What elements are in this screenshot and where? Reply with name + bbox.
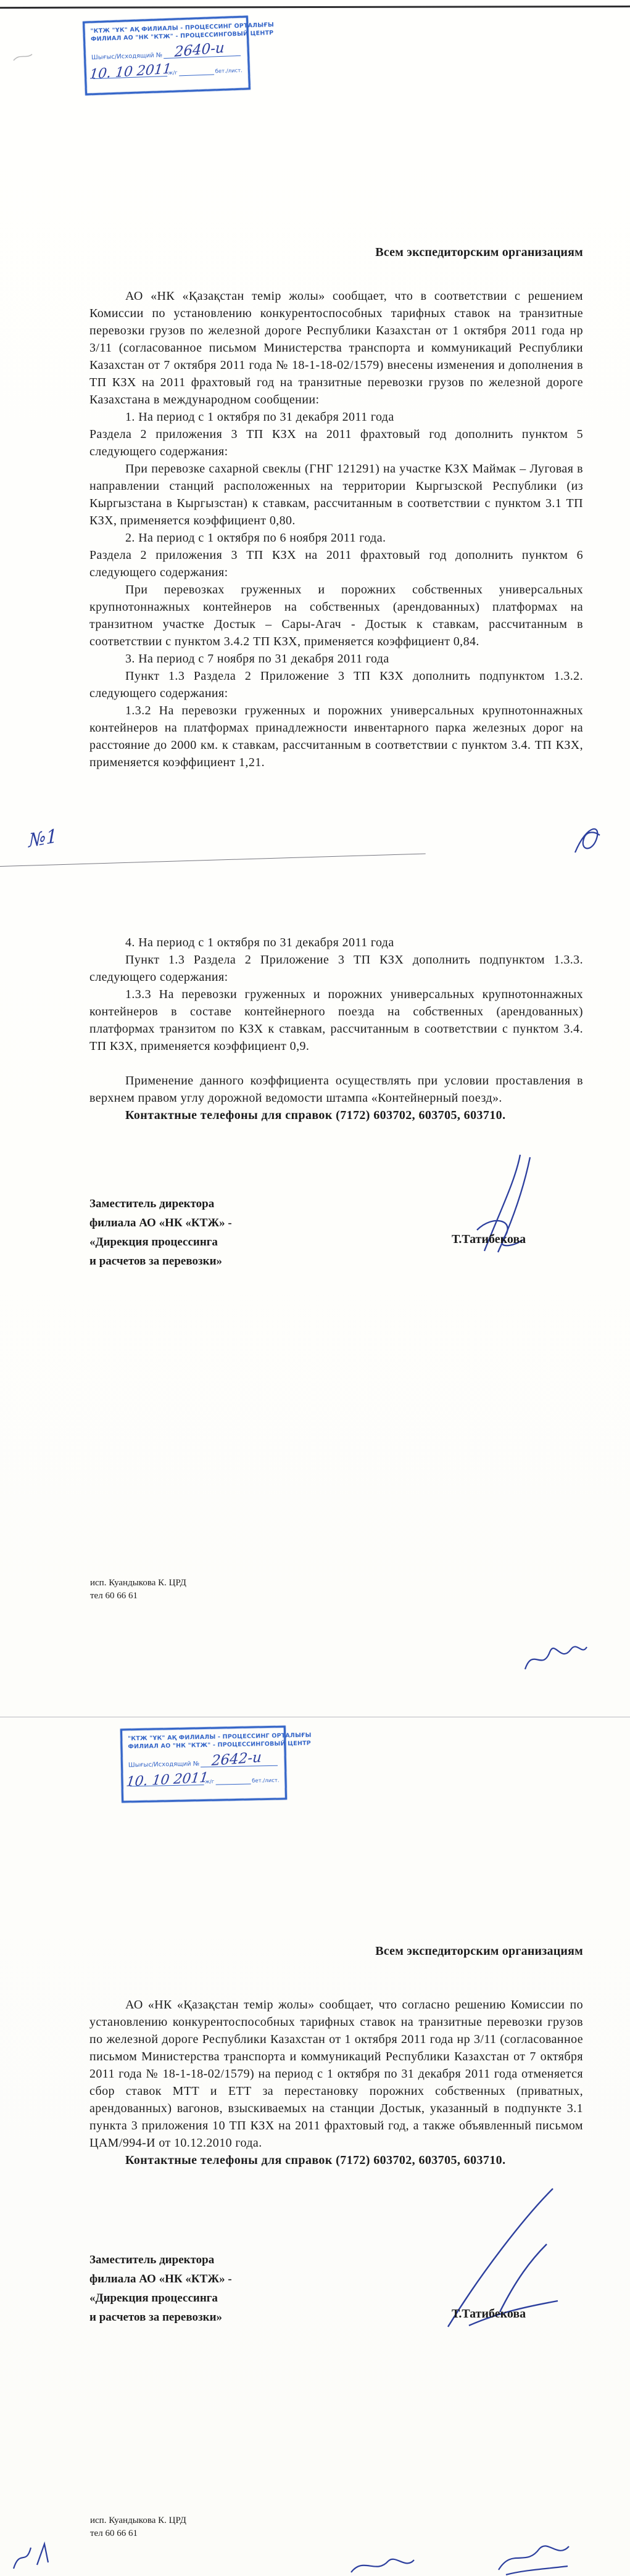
page-number-handwritten: №1	[28, 825, 57, 852]
body-paragraph: 1.3.3 На перевозки груженных и порожних …	[89, 986, 583, 1055]
executor-name: исп. Куандыкова К. ЦРД	[90, 1577, 186, 1590]
addressee-line: Всем экспедиторским организациям	[213, 1944, 583, 1959]
letter-body: АО «НК «Қазақстан темір жолы» сообщает, …	[89, 1996, 583, 2169]
stamp-date-line: 10. 10 2011	[93, 60, 167, 79]
registration-stamp: "КТЖ "ҰК" АҚ ФИЛИАЛЫ - ПРОЦЕССИНГ ОРТАЛЫ…	[83, 15, 251, 95]
body-paragraph: Пункт 1.3 Раздела 2 Приложение 3 ТП КЗХ …	[89, 667, 583, 702]
executor-phone: тел 60 66 61	[90, 1590, 186, 1603]
stamp-date-line: 10. 10 2011	[130, 1769, 204, 1786]
body-paragraph: При перевозках груженных и порожних собс…	[89, 581, 583, 650]
body-paragraph: Раздела 2 приложения 3 ТП КЗХ на 2011 фр…	[89, 426, 583, 460]
letter-body-part2: 4. На период с 1 октября по 31 декабря 2…	[89, 934, 583, 1124]
body-paragraph: АО «НК «Қазақстан темір жолы» сообщает, …	[89, 287, 583, 408]
executor-name: исп. Куандыкова К. ЦРД	[90, 2514, 186, 2527]
stamp-number-line: 2640-и	[164, 47, 241, 59]
executor-note: исп. Куандыкова К. ЦРД тел 60 66 61	[90, 2514, 186, 2540]
body-paragraph: 4. На период с 1 октября по 31 декабря 2…	[89, 934, 583, 951]
body-paragraph: Применение данного коэффициента осуществ…	[89, 1072, 583, 1107]
signatory-title-line: «Дирекция процессинга	[89, 1232, 349, 1252]
scan-page-edge-line	[0, 1717, 630, 1717]
signatory-title-line: и расчетов за перевозки»	[89, 1252, 349, 1271]
stamp-sheets-line	[215, 1777, 251, 1785]
signatory-name: Т.Татибекова	[452, 1232, 526, 1247]
body-paragraph: АО «НК «Қазақстан темір жолы» сообщает, …	[89, 1996, 583, 2152]
signature-title-block: Заместитель директора филиала АО «НК «КТ…	[89, 1194, 349, 1271]
signature-title-block: Заместитель директора филиала АО «НК «КТ…	[89, 2250, 349, 2327]
stamp-sheets-label: бет./лист.	[252, 1778, 279, 1785]
body-paragraph: 2. На период с 1 октября по 6 ноября 201…	[89, 529, 583, 547]
date-handwritten: 10. 10 2011	[89, 61, 172, 83]
body-paragraph: Пункт 1.3 Раздела 2 Приложение 3 ТП КЗХ …	[89, 951, 583, 986]
scanned-document-page: "КТЖ "ҰК" АҚ ФИЛИАЛЫ - ПРОЦЕССИНГ ОРТАЛЫ…	[0, 0, 630, 2576]
scan-fold-line	[0, 854, 426, 867]
contact-phones-line: Контактные телефоны для справок (7172) 6…	[89, 2152, 583, 2169]
scan-edge-line	[0, 6, 630, 9]
date-handwritten: 10. 10 2011	[125, 1770, 209, 1790]
outgoing-number-handwritten: 2640-и	[174, 39, 225, 60]
registration-stamp: "КТЖ "ҰК" АҚ ФИЛИАЛЫ - ПРОЦЕССИНГ ОРТАЛЫ…	[120, 1725, 287, 1802]
body-paragraph: 3. На период с 7 ноября по 31 декабря 20…	[89, 650, 583, 667]
outgoing-number-handwritten: 2642-и	[211, 1749, 262, 1769]
handwritten-mark	[494, 2540, 574, 2576]
executor-phone: тел 60 66 61	[90, 2527, 186, 2540]
handwritten-flourish	[521, 1638, 589, 1682]
stamp-outgoing-label: Шығыс/Исходящий №	[128, 1761, 199, 1769]
signatory-name: Т.Татибекова	[452, 2307, 526, 2321]
handwritten-mark	[7, 2537, 63, 2575]
body-paragraph: Раздела 2 приложения 3 ТП КЗХ на 2011 фр…	[89, 547, 583, 581]
signatory-title-line: филиала АО «НК «КТЖ» -	[89, 2269, 349, 2289]
body-paragraph: 1. На период с 1 октября по 31 декабря 2…	[89, 408, 583, 426]
signatory-title-line: «Дирекция процессинга	[89, 2289, 349, 2308]
addressee-line: Всем экспедиторским организациям	[213, 246, 583, 260]
signatory-title-line: Заместитель директора	[89, 1194, 349, 1213]
handwritten-paraph	[566, 818, 616, 862]
letter-body-part1: АО «НК «Қазақстан темір жолы» сообщает, …	[89, 287, 583, 771]
pencil-smudge	[11, 48, 36, 67]
stamp-sheets-label: бет./лист.	[215, 68, 243, 75]
signatory-title-line: и расчетов за перевозки»	[89, 2308, 349, 2327]
signatory-title-line: Заместитель директора	[89, 2250, 349, 2269]
executor-note: исп. Куандыкова К. ЦРД тел 60 66 61	[90, 1577, 186, 1603]
stamp-number-line: 2642-и	[201, 1757, 278, 1767]
stamp-sheets-line	[178, 67, 213, 76]
handwritten-mark	[349, 2555, 417, 2576]
body-paragraph: При перевозке сахарной свеклы (ГНГ 12129…	[89, 460, 583, 529]
signatory-title-line: филиала АО «НК «КТЖ» -	[89, 1213, 349, 1232]
contact-phones-line: Контактные телефоны для справок (7172) 6…	[89, 1107, 583, 1124]
body-paragraph: 1.3.2 На перевозки груженных и порожних …	[89, 702, 583, 771]
